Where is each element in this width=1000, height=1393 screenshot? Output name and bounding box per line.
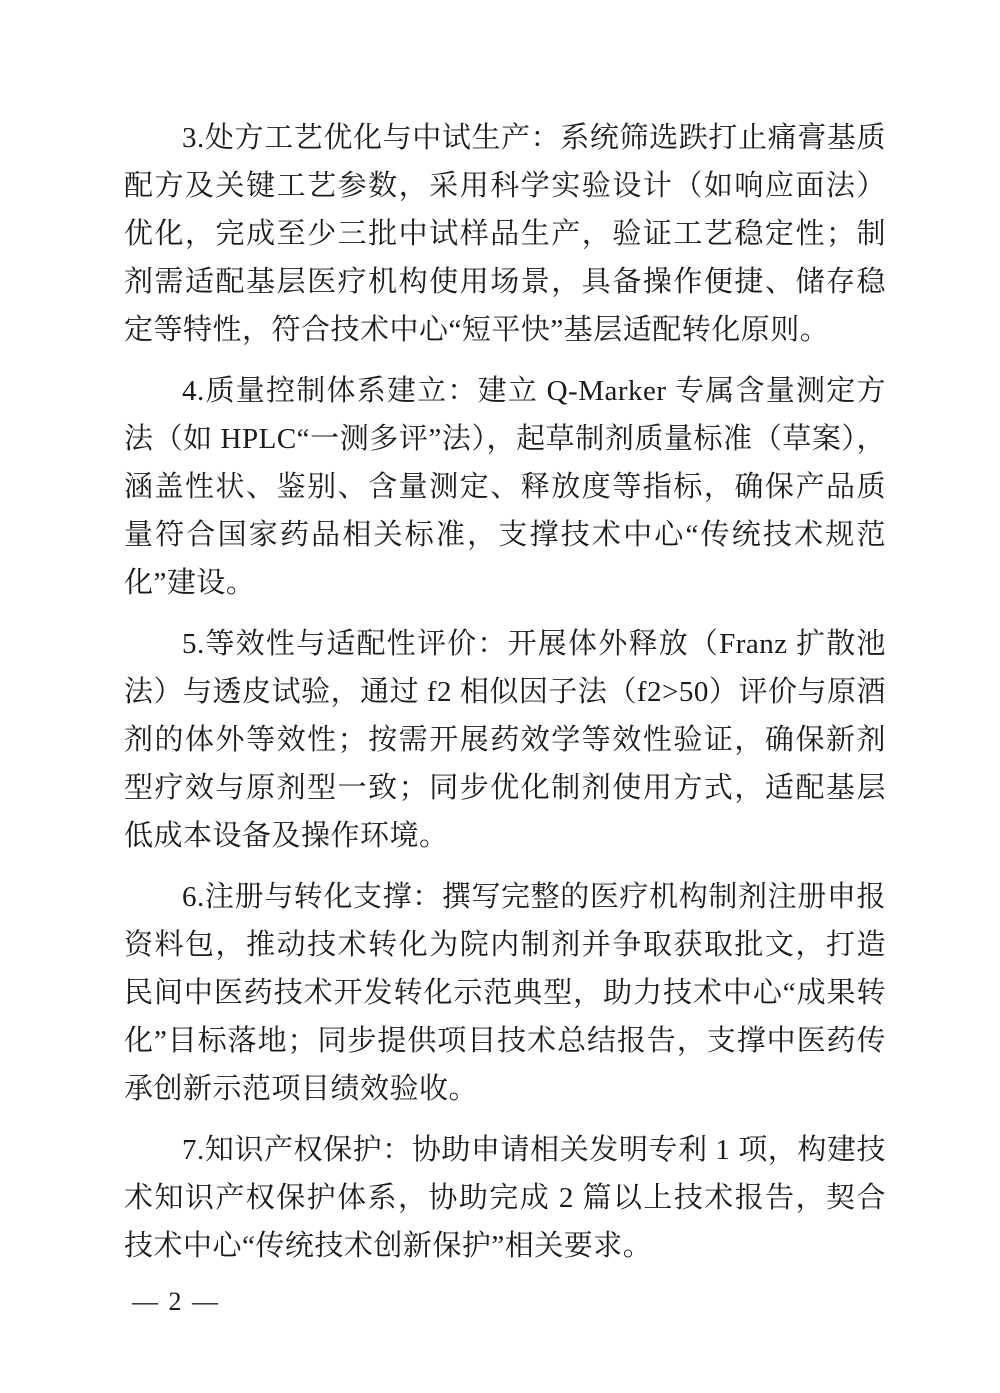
page-number: — 2 — (132, 1286, 220, 1318)
document-body: 3.处方工艺优化与中试生产：系统筛选跌打止痛膏基质配方及关键工艺参数，采用科学实… (124, 114, 886, 1283)
paragraph: 5.等效性与适配性评价：开展体外释放（Franz 扩散池法）与透皮试验，通过 f… (124, 620, 886, 860)
paragraph: 7.知识产权保护：协助申请相关发明专利 1 项，构建技术知识产权保护体系，协助完… (124, 1126, 886, 1270)
paragraph: 3.处方工艺优化与中试生产：系统筛选跌打止痛膏基质配方及关键工艺参数，采用科学实… (124, 114, 886, 354)
document-page: 3.处方工艺优化与中试生产：系统筛选跌打止痛膏基质配方及关键工艺参数，采用科学实… (0, 0, 1000, 1393)
paragraph: 6.注册与转化支撑：撰写完整的医疗机构制剂注册申报资料包，推动技术转化为院内制剂… (124, 873, 886, 1113)
paragraph: 4.质量控制体系建立：建立 Q-Marker 专属含量测定方法（如 HPLC“一… (124, 367, 886, 607)
